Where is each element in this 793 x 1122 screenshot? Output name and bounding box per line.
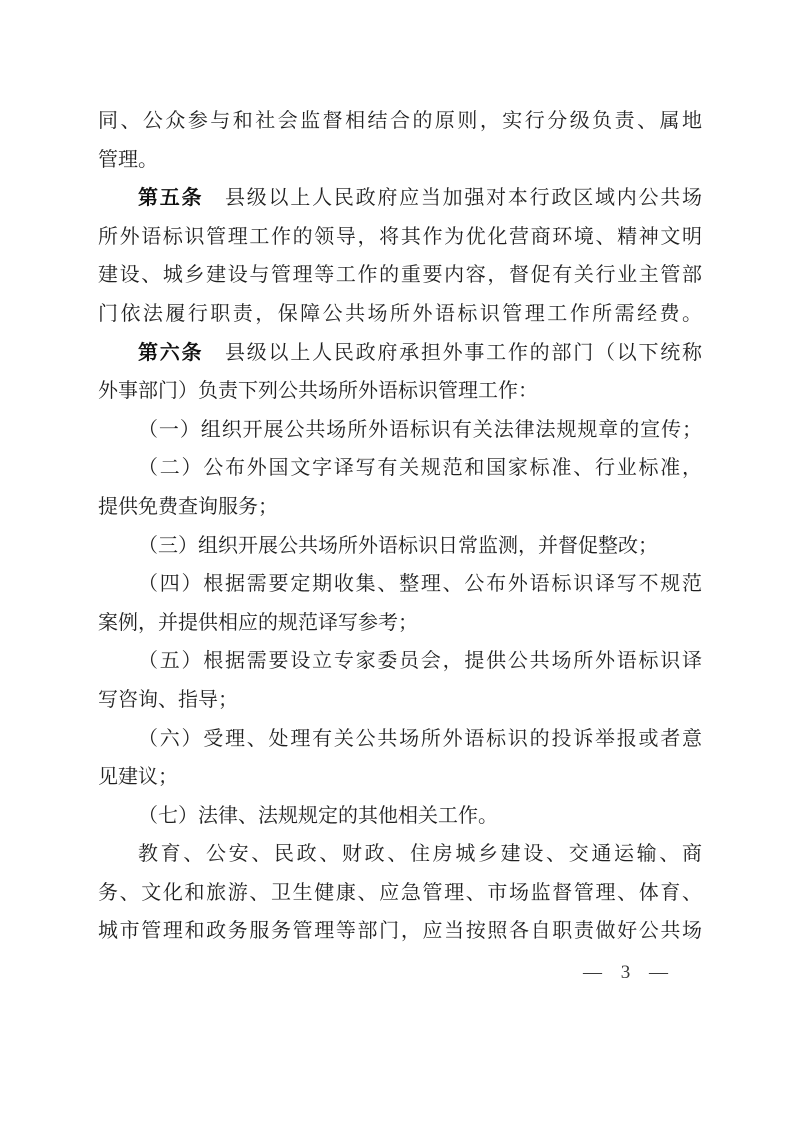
article-number: 第五条 bbox=[138, 187, 203, 209]
text-line: 案例，并提供相应的规范译写参考； bbox=[98, 604, 702, 643]
article-number: 第六条 bbox=[138, 342, 203, 364]
text-line: 建设、城乡建设与管理等工作的重要内容，督促有关行业主管部 bbox=[98, 256, 702, 295]
text-line: 门依法履行职责，保障公共场所外语标识管理工作所需经费。 bbox=[98, 295, 702, 334]
text-line: （六）受理、处理有关公共场所外语标识的投诉举报或者意 bbox=[98, 720, 702, 759]
page-footer: — 3 — bbox=[583, 962, 675, 984]
text-line: （七）法律、法规规定的其他相关工作。 bbox=[98, 797, 702, 836]
document-page: 同、公众参与和社会监督相结合的原则，实行分级负责、属地管理。第五条 县级以上人民… bbox=[0, 0, 793, 1122]
text-line: 提供免费查询服务； bbox=[98, 488, 702, 527]
text-line: 第六条 县级以上人民政府承担外事工作的部门（以下统称 bbox=[98, 334, 702, 373]
text-line: 写咨询、指导； bbox=[98, 681, 702, 720]
text-line: （四）根据需要定期收集、整理、公布外语标识译写不规范 bbox=[98, 565, 702, 604]
text-line: 所外语标识管理工作的领导，将其作为优化营商环境、精神文明 bbox=[98, 218, 702, 257]
page-number: — 3 — bbox=[583, 962, 675, 983]
text-line: 见建议； bbox=[98, 758, 702, 797]
text-line: 务、文化和旅游、卫生健康、应急管理、市场监督管理、体育、 bbox=[98, 874, 702, 913]
text-line: 教育、公安、民政、财政、住房城乡建设、交通运输、商 bbox=[98, 835, 702, 874]
text-line: 管理。 bbox=[98, 141, 702, 180]
text-line: 同、公众参与和社会监督相结合的原则，实行分级负责、属地 bbox=[98, 102, 702, 141]
text-line: （一）组织开展公共场所外语标识有关法律法规规章的宣传； bbox=[98, 411, 702, 450]
text-line: 城市管理和政务服务管理等部门，应当按照各自职责做好公共场 bbox=[98, 912, 702, 951]
document-body: 同、公众参与和社会监督相结合的原则，实行分级负责、属地管理。第五条 县级以上人民… bbox=[98, 102, 702, 951]
text-line: 外事部门）负责下列公共场所外语标识管理工作： bbox=[98, 372, 702, 411]
text-line: 第五条 县级以上人民政府应当加强对本行政区域内公共场 bbox=[98, 179, 702, 218]
text-line: （五）根据需要设立专家委员会，提供公共场所外语标识译 bbox=[98, 642, 702, 681]
text-line: （二）公布外国文字译写有关规范和国家标准、行业标准， bbox=[98, 449, 702, 488]
text-line: （三）组织开展公共场所外语标识日常监测，并督促整改； bbox=[98, 527, 702, 566]
